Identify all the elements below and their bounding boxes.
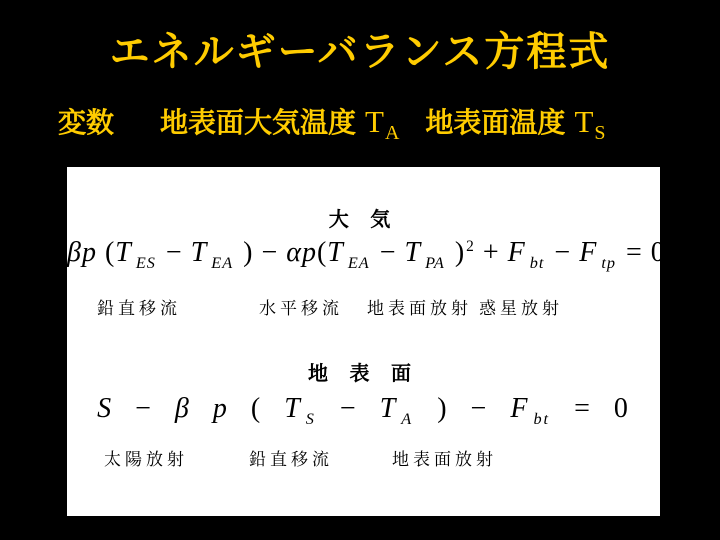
term-label-planetary-radiation: 惑星放射 (479, 294, 563, 319)
atmosphere-term-labels: 鉛直移流 水平移流 地表面放射 惑星放射 (67, 294, 660, 318)
surface-term-labels: 太陽放射 鉛直移流 地表面放射 (67, 445, 660, 469)
symbol-letter: T (365, 104, 384, 139)
term-label-surface-radiation: 地表面放射 (367, 294, 472, 319)
variable-symbol: TA (365, 104, 399, 145)
variable-surface-air-temp: 地表面大気温度 TA (160, 101, 399, 145)
atmosphere-heading: 大 気 (67, 203, 660, 232)
surface-equation: S − β p ( TS − TA ) − Fbt = 0 (67, 393, 660, 429)
term-label-solar-radiation: 太陽放射 (104, 445, 188, 470)
slide: エネルギーバランス方程式 変数 地表面大気温度 TA 地表面温度 TS 大 気 … (0, 0, 720, 540)
slide-title: エネルギーバランス方程式 (0, 20, 720, 77)
term-label-horizontal-advection: 水平移流 (259, 294, 343, 319)
surface-heading: 地 表 面 (67, 357, 660, 386)
term-label-surface-radiation: 地表面放射 (392, 445, 497, 470)
variables-line: 変数 地表面大気温度 TA 地表面温度 TS (58, 101, 606, 145)
variable-symbol: TS (574, 104, 605, 145)
symbol-subscript: S (594, 122, 605, 144)
equation-panel: 大 気 βp (TES − TEA ) − αp(TEA − TPA )2 + … (67, 167, 660, 516)
variable-text: 地表面大気温度 (160, 101, 356, 141)
term-label-vertical-advection: 鉛直移流 (97, 294, 181, 319)
variable-surface-temp: 地表面温度 TS (425, 101, 605, 145)
term-label-vertical-advection: 鉛直移流 (249, 445, 333, 470)
symbol-letter: T (574, 104, 593, 139)
variable-text: 地表面温度 (425, 101, 565, 141)
atmosphere-equation: βp (TES − TEA ) − αp(TEA − TPA )2 + Fbt … (67, 237, 660, 273)
variables-label: 変数 (58, 101, 114, 141)
symbol-subscript: A (385, 122, 399, 144)
